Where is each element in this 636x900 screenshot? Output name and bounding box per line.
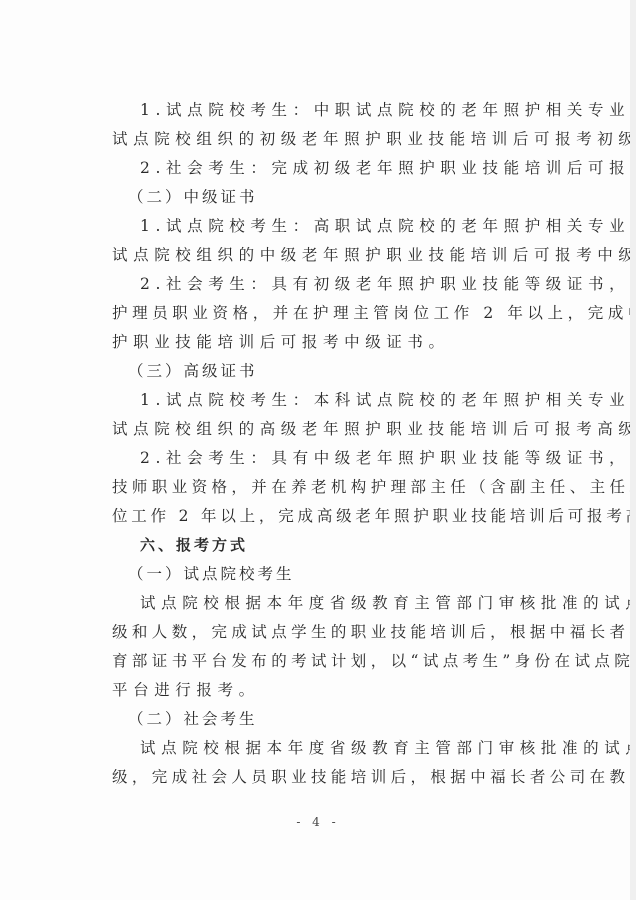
paragraph-line: 1.试点院校考生：中职试点院校的老年照护相关专业学生，完成	[112, 96, 534, 125]
paragraph-line: 位工作 2 年以上，完成高级老年照护职业技能培训后可报考高级证书。	[112, 502, 534, 531]
subheading-pilot-school-candidates: （一）试点院校考生	[112, 560, 534, 589]
paragraph-line: 级和人数，完成试点学生的职业技能培训后，根据中福长者公司在教	[112, 618, 534, 647]
paragraph-line: 试点院校根据本年度省级教育主管部门审核批准的试点证书等	[112, 734, 534, 763]
paragraph-line: 技师职业资格，并在养老机构护理部主任（含副主任、主任助理）岗	[112, 473, 534, 502]
paragraph-line: 平台进行报考。	[112, 676, 534, 705]
paragraph-line: 试点院校组织的初级老年照护职业技能培训后可报考初级证书。	[112, 125, 534, 154]
paragraph-line: 育部证书平台发布的考试计划，以“试点考生”身份在试点院校业务	[112, 647, 534, 676]
paragraph-line: 试点院校根据本年度省级教育主管部门审核批准的试点证书等	[112, 589, 534, 618]
paragraph-line: 试点院校组织的中级老年照护职业技能培训后可报考中级证书。	[112, 241, 534, 270]
paragraph-line: 护理员职业资格，并在护理主管岗位工作 2 年以上，完成中级老年照	[112, 299, 534, 328]
paragraph-line: 2.社会考生：具有初级老年照护职业技能等级证书，或高级养老	[112, 270, 534, 299]
subheading-social-candidates: （二）社会考生	[112, 705, 534, 734]
document-body: 1.试点院校考生：中职试点院校的老年照护相关专业学生，完成 试点院校组织的初级老…	[112, 96, 534, 792]
section-heading-registration-method: 六、报考方式	[112, 531, 534, 560]
paragraph-line: 试点院校组织的高级老年照护职业技能培训后可报考高级证书。	[112, 415, 534, 444]
paragraph-line: 2.社会考生：完成初级老年照护职业技能培训后可报考初级证书。	[112, 154, 534, 183]
paragraph-line: 2.社会考生：具有中级老年照护职业技能等级证书，或养老护理	[112, 444, 534, 473]
paragraph-line: 护职业技能培训后可报考中级证书。	[112, 328, 534, 357]
subheading-advanced-certificate: （三）高级证书	[112, 357, 534, 386]
paragraph-line: 1.试点院校考生：高职试点院校的老年照护相关专业学生，完成	[112, 212, 534, 241]
paragraph-line: 1.试点院校考生：本科试点院校的老年照护相关专业学生，完成	[112, 386, 534, 415]
subheading-intermediate-certificate: （二）中级证书	[112, 183, 534, 212]
paragraph-line: 级，完成社会人员职业技能培训后，根据中福长者公司在教育部证书	[112, 763, 534, 792]
page-number: - 4 -	[0, 815, 636, 829]
scan-edge-shadow	[630, 0, 636, 900]
